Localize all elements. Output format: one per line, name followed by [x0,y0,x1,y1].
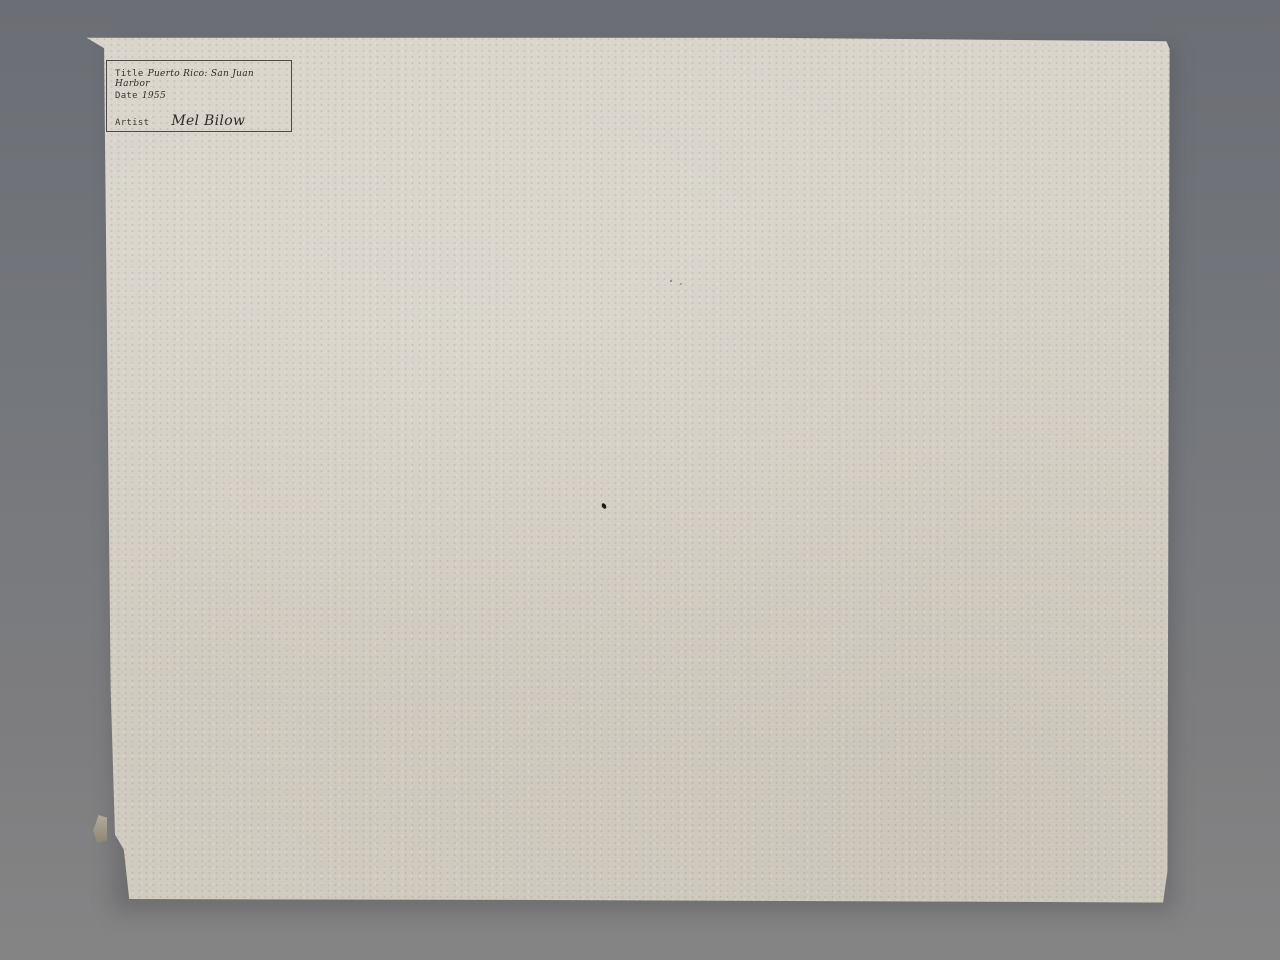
paper-texture [80,36,1174,906]
torn-corner [93,815,107,843]
provenance-label: TitlePuerto Rico: San Juan Harbor Date19… [106,60,292,132]
artist-key: Artist [115,118,149,128]
artwork-board-back [80,36,1174,906]
label-title-row: TitlePuerto Rico: San Juan Harbor [115,69,291,89]
artist-signature: Mel Bilow [171,113,245,129]
date-key: Date [115,91,138,101]
date-value: 1955 [142,91,166,101]
dirt-speck [670,280,672,282]
dirt-speck [680,283,682,285]
title-key: Title [115,69,144,79]
label-date-row: Date1955 [115,91,166,101]
label-artist-row: ArtistMel Bilow [115,113,245,129]
